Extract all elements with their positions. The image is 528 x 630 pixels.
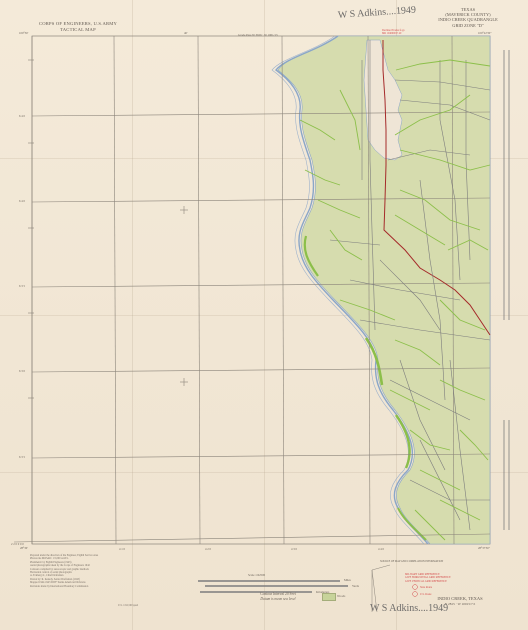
bottom-tick-label: 4 4 0 — [378, 547, 384, 551]
red-legend: MILITARY GRID REFERENCE GIVE HORIZONTAL … — [405, 573, 451, 583]
corner-coordinate: 28°30' — [20, 546, 28, 550]
state-route-symbol — [413, 585, 418, 590]
grid-label: 6 3 0 — [19, 369, 25, 373]
left-ticks — [28, 60, 34, 398]
grid-label: 6 4 0 — [19, 199, 25, 203]
grid-label: 6 3 5 — [19, 455, 25, 459]
signature-bottom: W S Adkins....1949 — [370, 603, 448, 614]
corner-coordinate: 28°37'30" — [478, 546, 490, 550]
woods-legend-label: Woods — [337, 594, 345, 598]
bottom-tick-label: 4 2 0 — [205, 547, 211, 551]
corner-coordinate: 100°30' — [19, 31, 28, 35]
scale-yards-label: Yards — [352, 584, 359, 588]
credits-block: Prepared under the direction of the Engi… — [30, 554, 140, 588]
grid-label: 6 3 5 — [19, 284, 25, 288]
woods-legend-swatch — [322, 593, 336, 601]
top-tick-label: 40' — [184, 31, 188, 35]
bottom-tick-label: 4 3 0 — [291, 547, 297, 551]
bottom-tick-label: 4 1 0 — [119, 547, 125, 551]
small-caption: U.S. 1:62,500 quad — [118, 604, 138, 607]
scale-title: Scale 1:62500 — [248, 573, 265, 577]
contour-interval: Contour Interval 20 Feet Datum is mean s… — [228, 592, 328, 602]
right-margin-scale — [504, 50, 509, 530]
state-route-label: State Route — [420, 586, 432, 589]
graticule-crosses — [180, 206, 188, 386]
us-route-symbol — [413, 592, 418, 597]
corner-coordinate: 100°22'30" — [478, 31, 491, 35]
red-annotation-top: Declined Trades fr-go MR 1040000 E 40 — [382, 29, 405, 36]
scale-miles-label: Miles — [344, 578, 351, 582]
source-note: SOURCE OF MAP AND COMPILATION INFORMATIO… — [380, 560, 443, 563]
grid-label: 6 4 0 — [19, 114, 25, 118]
topographic-map[interactable] — [0, 0, 528, 630]
grid-note: Grade Pass W 3626 · W 1001/13 — [238, 33, 277, 37]
